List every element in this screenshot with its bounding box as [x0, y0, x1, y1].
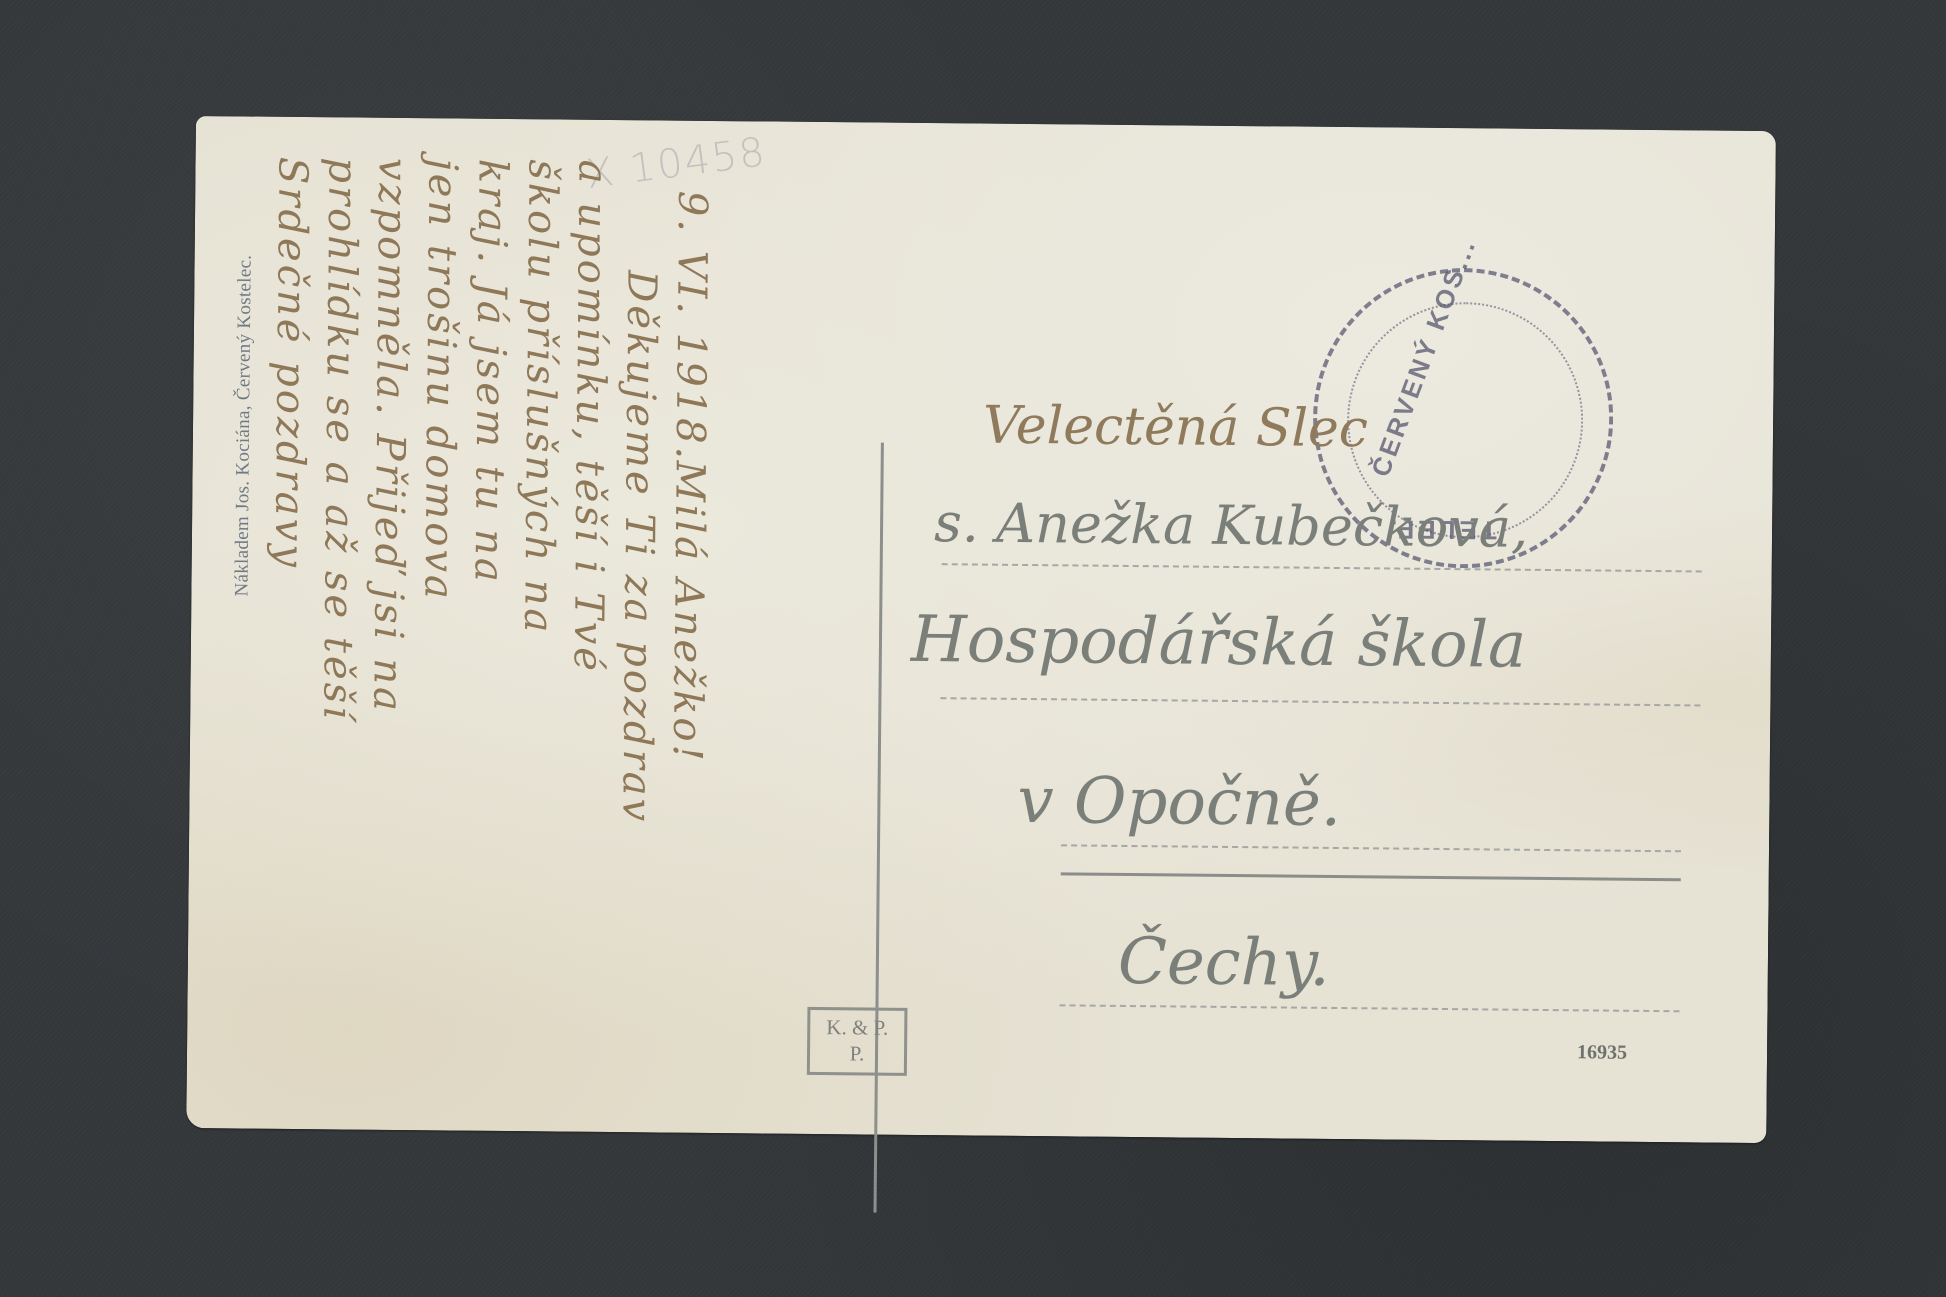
message-line-3: školu příslušných na: [515, 159, 566, 636]
message-line-7: prohlídku se a až se těší: [314, 157, 365, 722]
address-rule-1: [942, 563, 1702, 572]
address-line-2: s. Anežka Kubečková,: [934, 491, 1529, 560]
printer-mark-line-1: K. & P.: [810, 1014, 904, 1041]
address-line-1: Velectěná Slec: [983, 396, 1368, 460]
message-date: 9. VI. 1918.: [667, 191, 716, 463]
address-rule-2: [940, 697, 1700, 706]
card-number: 16935: [1577, 1041, 1627, 1064]
printer-mark-box: K. & P. P.: [807, 1007, 908, 1076]
postcard: X 10458 Nákladem Jos. Kociána, Červený K…: [186, 116, 1776, 1143]
center-divider-line: [874, 443, 884, 1213]
message-line-6: vzpomněla. Přijeď jsi na: [364, 158, 415, 714]
address-line-5: Čechy.: [1118, 925, 1331, 1001]
printer-mark-line-2: P.: [810, 1040, 904, 1067]
message-line-1: Děkujeme Ti za pozdrav: [613, 270, 664, 824]
publisher-imprint: Nákladem Jos. Kociána, Červený Kostelec.: [231, 255, 256, 597]
address-rule-3: [1061, 844, 1681, 852]
message-salutation: Milá Anežko!: [664, 461, 713, 764]
message-line-2: a upomínku, těší i Tvé: [565, 160, 616, 675]
message-line-8: Srdečné pozdravy: [266, 157, 316, 570]
address-line-4: v Opočně.: [1017, 764, 1341, 841]
address-rule-underline: [1061, 872, 1681, 881]
address-line-3: Hospodářská škola: [911, 603, 1527, 683]
address-rule-4: [1059, 1004, 1679, 1012]
message-line-5: jen trošinu domova: [415, 158, 465, 602]
message-line-4: kraj. Já jsem tu na: [466, 159, 516, 585]
